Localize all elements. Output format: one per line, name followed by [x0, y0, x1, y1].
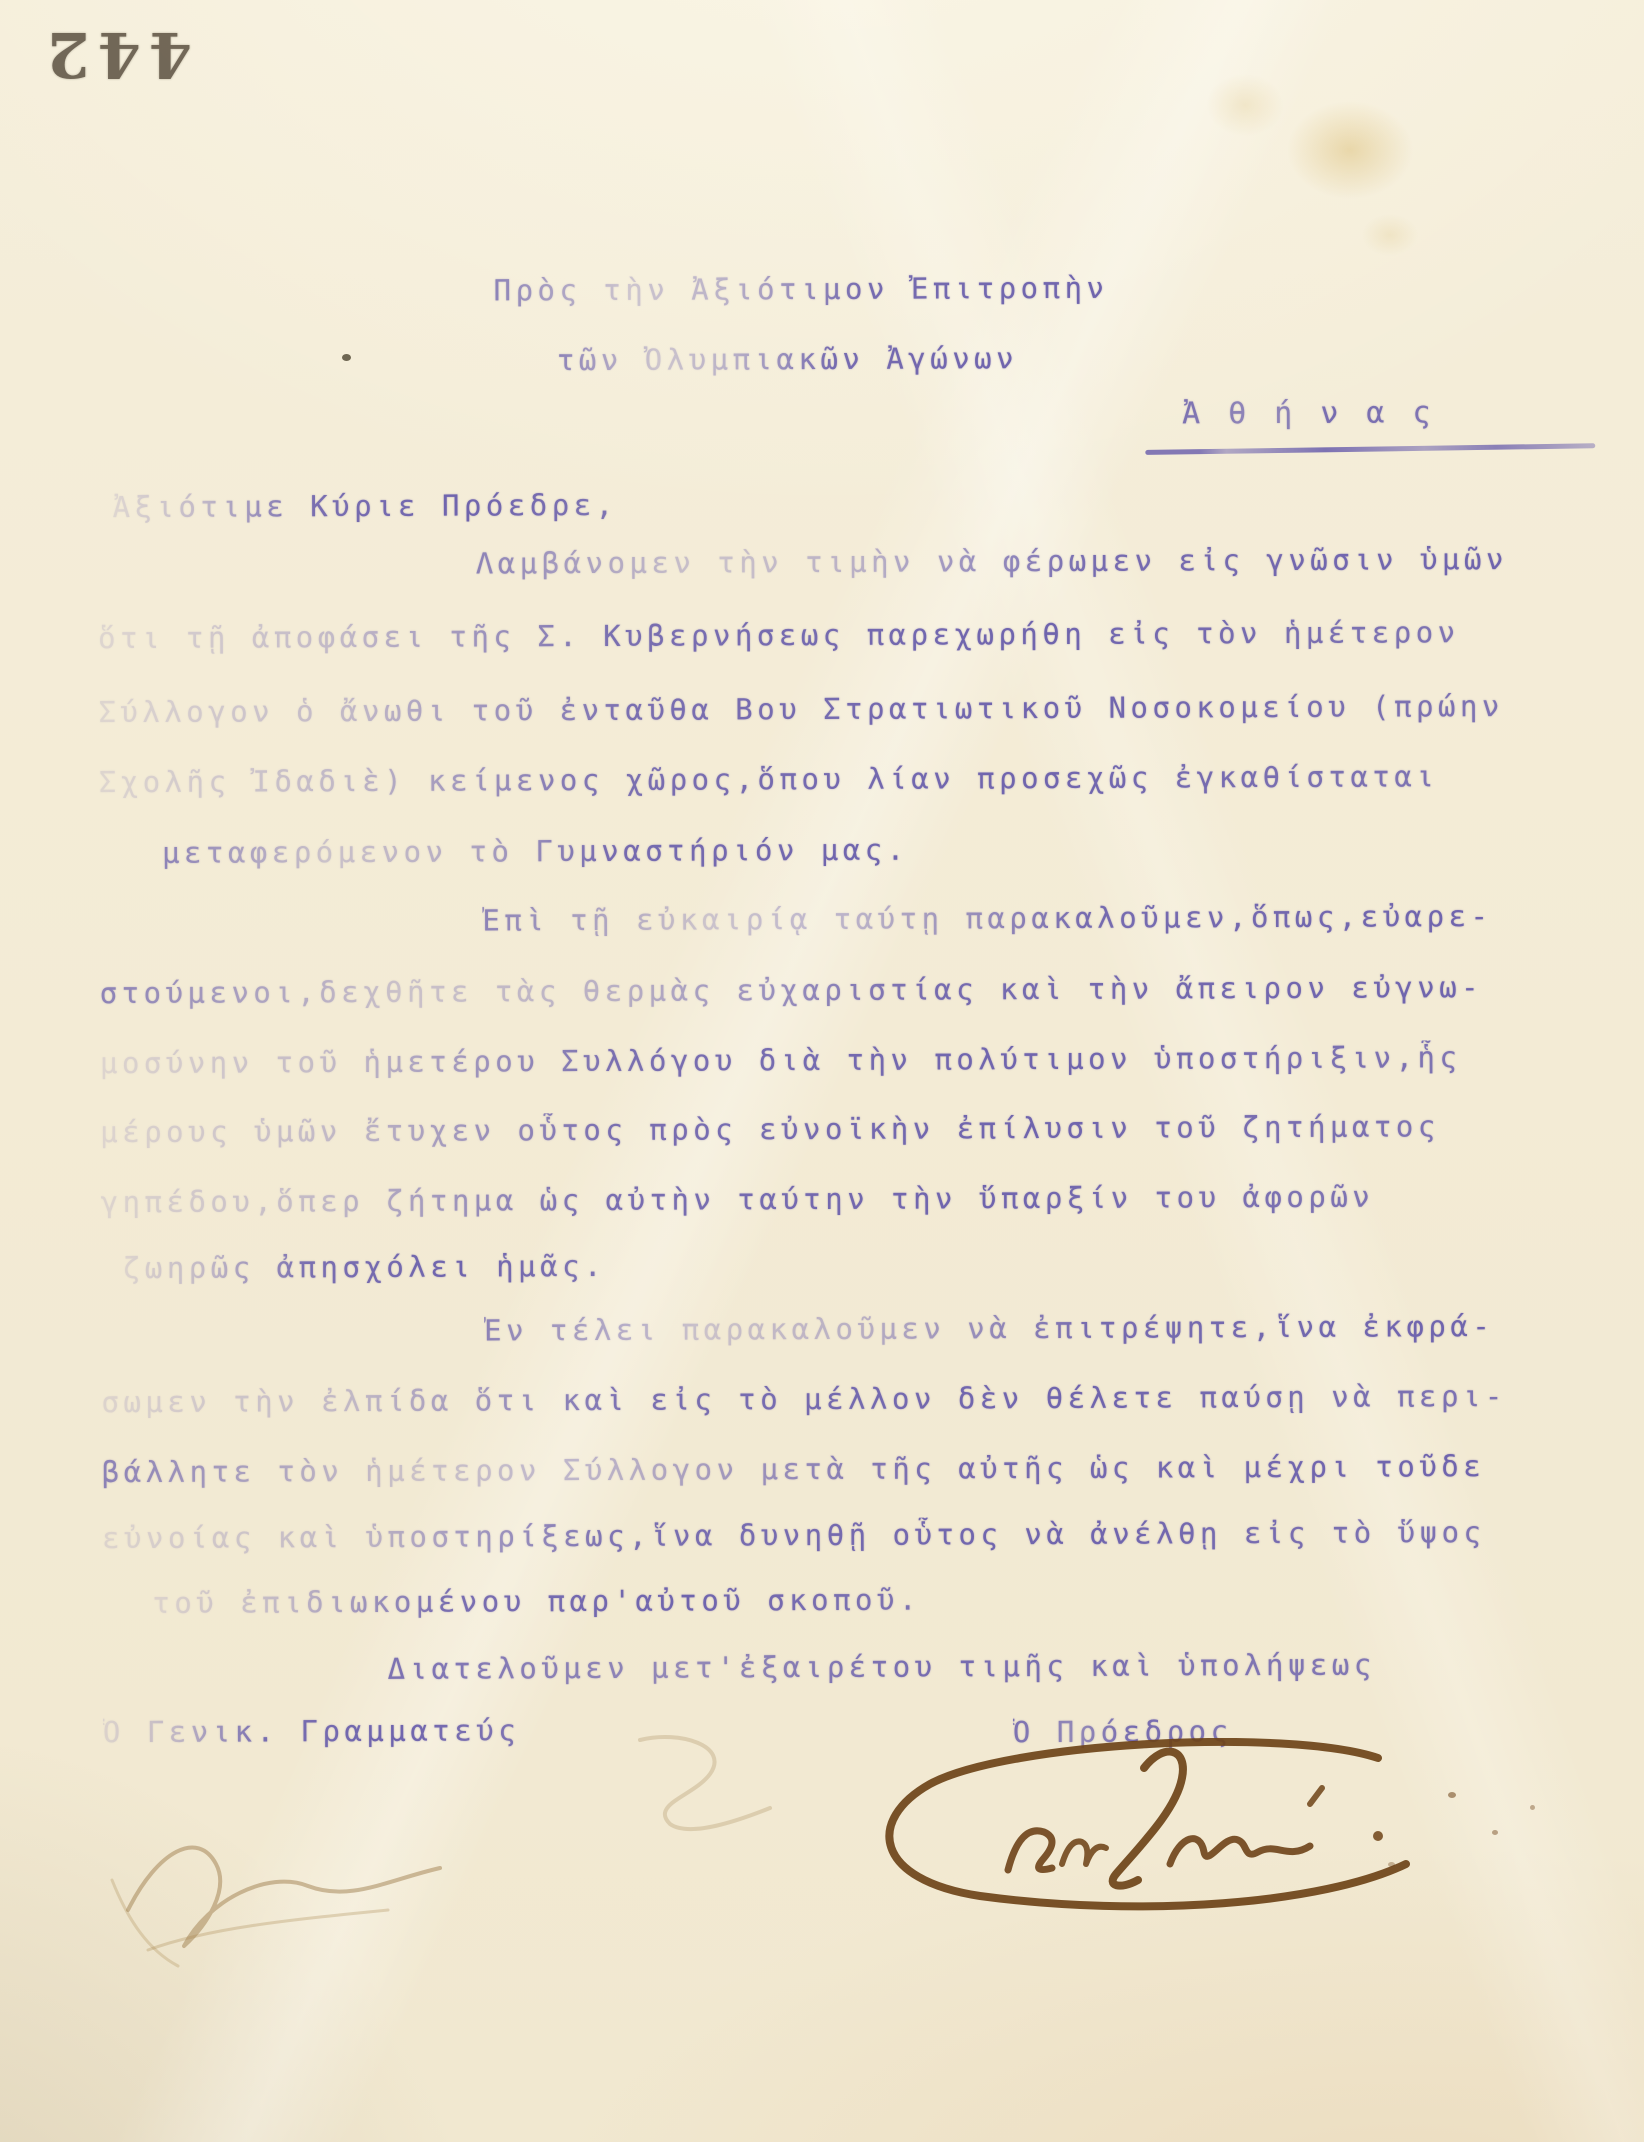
- letter-line: Λαμβάνομεν τὴν τιμὴν νὰ φέρωμεν εἰς γνῶσ…: [476, 542, 1508, 581]
- letter-line: τοῦ ἐπιδιωκομένου παρ'αὐτοῦ σκοποῦ.: [152, 1583, 921, 1620]
- letter-line: μέρους ὑμῶν ἔτυχεν οὗτος πρὸς εὐνοϊκὴν ἐ…: [100, 1109, 1440, 1149]
- letter-line: γηπέδου,ὅπερ ζήτημα ὡς αὐτὴν ταύτην τὴν …: [100, 1180, 1374, 1220]
- secretary-title: Ὁ Γενικ. Γραμματεύς: [103, 1713, 520, 1749]
- salutation: Ἀξιότιμε Κύριε Πρόεδρε,: [112, 488, 617, 524]
- ink-speck: [342, 354, 351, 361]
- letter-line: βάλλητε τὸν ἡμέτερον Σύλλογον μετὰ τῆς α…: [102, 1449, 1486, 1489]
- ink-speck: [1448, 1792, 1456, 1798]
- letter-line: στούμενοι,δεχθῆτε τὰς θερμὰς εὐχαριστίας…: [100, 970, 1484, 1010]
- letter-line: μοσύνην τοῦ ἡμετέρου Συλλόγου διὰ τὴν πο…: [100, 1040, 1462, 1080]
- ink-speck: [1492, 1830, 1498, 1835]
- letter-line: Ἐπὶ τῇ εὐκαιρίᾳ ταύτῃ παρακαλοῦμεν,ὅπως,…: [482, 899, 1492, 937]
- letter-line: Σύλλογον ὁ ἄνωθι τοῦ ἐνταῦθα Βου Στρατιω…: [98, 689, 1504, 729]
- letter-line: ζωηρῶς ἀπησχόλει ἡμᾶς.: [123, 1249, 606, 1285]
- ink-speck: [1388, 1862, 1395, 1867]
- recipient-line-2: τῶν Ὀλυμπιακῶν Ἀγώνων: [557, 341, 1018, 377]
- president-signature: [858, 1738, 1443, 1923]
- letter-line: εὐνοίας καὶ ὑποστηρίξεως,ἵνα δυνηθῇ οὗτο…: [102, 1515, 1486, 1555]
- letter-line: Σχολῆς Ἰδαδιὲ) κείμενος χῶρος,ὅπου λίαν …: [99, 759, 1439, 799]
- valediction: Διατελοῦμεν μετ'ἐξαιρέτου τιμῆς καὶ ὑπολ…: [388, 1648, 1376, 1686]
- place-underline: [1145, 443, 1595, 455]
- ink-smudge: [560, 1720, 820, 1840]
- letter-line: μεταφερόμενον τὸ Γυμναστήριόν μας.: [162, 833, 909, 870]
- ink-speck: [1530, 1805, 1535, 1810]
- letter-line: ὅτι τῇ ἀποφάσει τῆς Σ. Κυβερνήσεως παρεχ…: [98, 615, 1460, 655]
- recipient-line-1: Πρὸς τὴν Ἀξιότιμον Ἐπιτροπὴν: [494, 271, 1109, 308]
- place-line: Ἀθήνας: [1182, 395, 1459, 431]
- letter-line: σωμεν τὴν ἐλπίδα ὅτι καὶ εἰς τὸ μέλλον δ…: [101, 1379, 1507, 1419]
- letter-line: Ἐν τέλει παρακαλοῦμεν νὰ ἐπιτρέψητε,ἵνα …: [484, 1309, 1494, 1347]
- secretary-signature: [88, 1760, 608, 1970]
